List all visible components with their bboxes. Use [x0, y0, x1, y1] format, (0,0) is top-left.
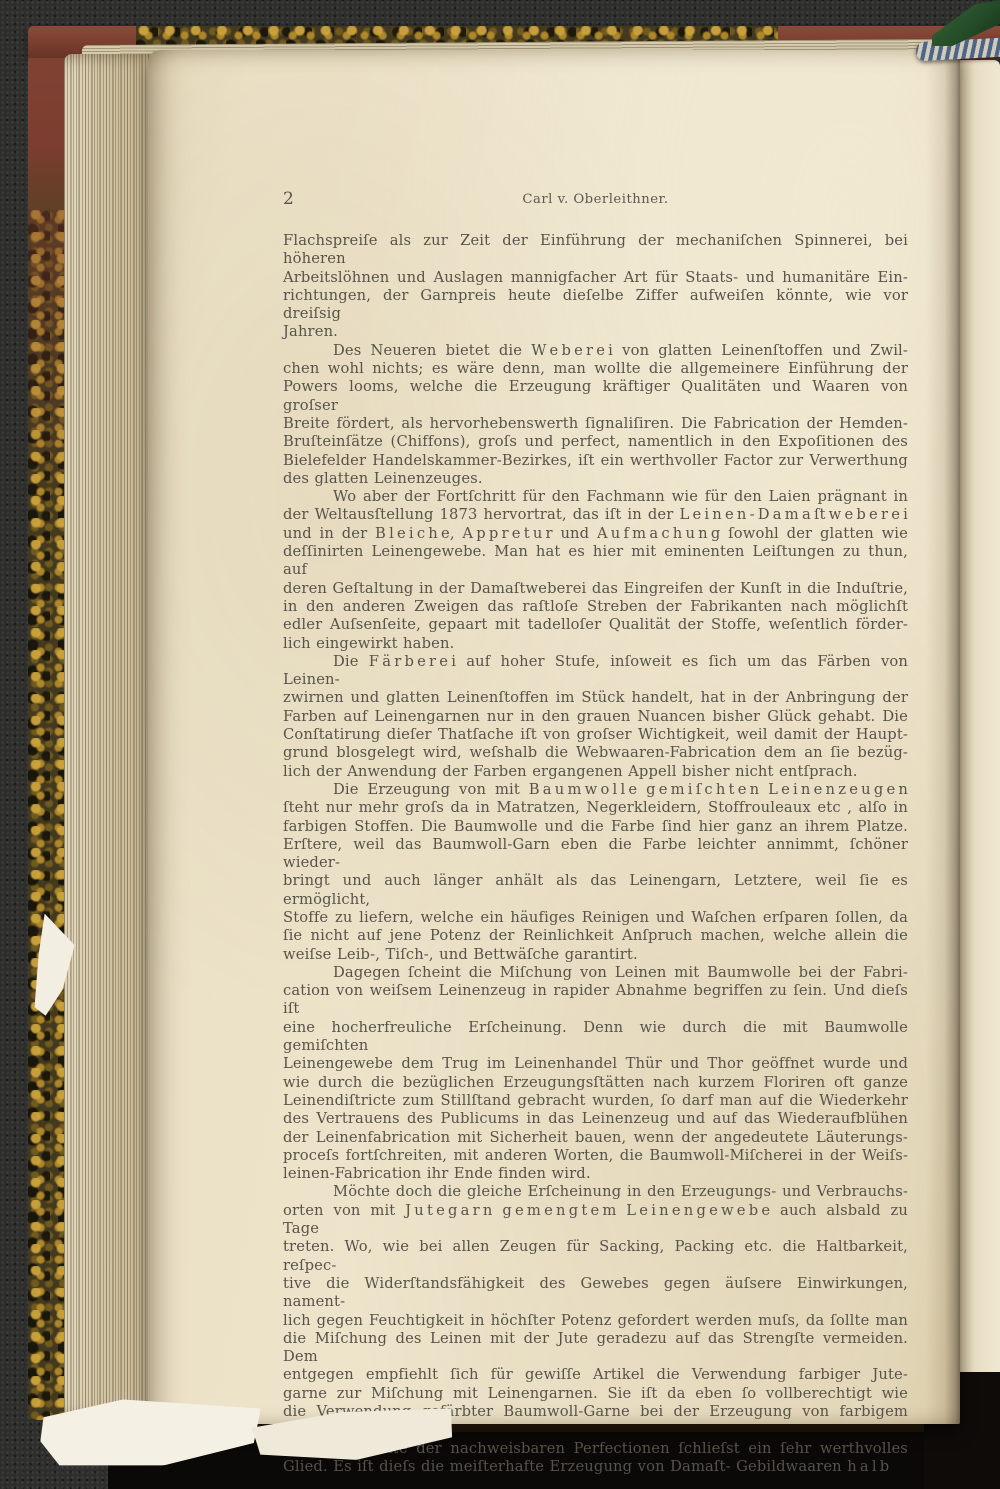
text-line: deſſinirten Leinengewebe. Man hat es hie…: [283, 543, 908, 580]
text-line: der Weltausſtellung 1873 hervortrat, das…: [283, 506, 908, 524]
text-line: Powers looms, welche die Erzeugung kräft…: [283, 378, 908, 415]
text-line: entgegen empfiehlt ſich für gewiſſe Arti…: [283, 1366, 908, 1384]
text-column: Flachspreiſe als zur Zeit der Einführung…: [283, 232, 908, 1476]
book-photo-scene: ) 2 Carl v. Oberleithner. Flachspreiſe a…: [0, 0, 1000, 1489]
text-line: Farben auf Leinengarnen nur in den graue…: [283, 708, 908, 726]
text-line: zwirnen und glatten Leinenſtoffen im Stü…: [283, 689, 908, 707]
text-line: wie durch die bezüglichen Erzeugungsſtät…: [283, 1074, 908, 1092]
text-line: in den anderen Zweigen das raſtloſe Stre…: [283, 598, 908, 616]
paragraph: Dagegen ſcheint die Miſchung von Leinen …: [283, 964, 908, 1184]
text-line: Möchte doch die gleiche Erſcheinung in d…: [283, 1183, 908, 1201]
text-line: Arbeitslöhnen und Auslagen mannigfacher …: [283, 269, 908, 287]
text-line: tive die Widerſtandsfähigkeit des Gewebe…: [283, 1275, 908, 1312]
paragraph: Möchte doch die gleiche Erſcheinung in d…: [283, 1183, 908, 1439]
text-line: Conſtatirung dieſer Thatſache iſt von gr…: [283, 726, 908, 744]
text-line: bringt und auch länger anhält als das Le…: [283, 872, 908, 909]
text-line: Des Neueren bietet die W e b e r e i von…: [283, 342, 908, 360]
text-line: der Leinenfabrication mit Sicherheit bau…: [283, 1129, 908, 1147]
text-line: farbigen Stoffen. Die Baumwolle und die …: [283, 818, 908, 836]
text-line: deren Geſtaltung in der Damaſtweberei da…: [283, 580, 908, 598]
text-line: Bielefelder Handelskammer-Bezirkes, iſt …: [283, 452, 908, 470]
text-line: chen wohl nichts; es wäre denn, man woll…: [283, 360, 908, 378]
text-line: ſie nicht auf jene Potenz der Reinlichke…: [283, 927, 908, 945]
text-line: orten von mit J u t e g a r n g e m e n …: [283, 1202, 908, 1239]
text-line: und in der B l e i c h e, A p p r e t u …: [283, 525, 908, 543]
text-line: eine hocherfreuliche Erſcheinung. Denn w…: [283, 1019, 908, 1056]
page-header: 2 Carl v. Oberleithner.: [283, 189, 908, 211]
text-line: Die Erzeugung von mit B a u m w o l l e …: [283, 781, 908, 799]
facing-page-edge: [956, 60, 1000, 1392]
text-line: leinen-Fabrication ihr Ende finden wird.: [283, 1165, 908, 1183]
text-line: proceſs fortſchreiten, mit anderen Worte…: [283, 1147, 908, 1165]
text-line: Stoffe zu liefern, welche ein häufiges R…: [283, 909, 908, 927]
text-line: Breite fördert, als hervorhebenswerth ſi…: [283, 415, 908, 433]
book-page: 2 Carl v. Oberleithner. Flachspreiſe als…: [148, 50, 960, 1424]
text-line: des glatten Leinenzeuges.: [283, 470, 908, 488]
running-head: Carl v. Oberleithner.: [283, 192, 908, 207]
text-line: Jahren.: [283, 323, 908, 341]
text-line: Wo aber der Fortſchritt für den Fachmann…: [283, 488, 908, 506]
text-line: garne zur Miſchung mit Leinengarnen. Sie…: [283, 1385, 908, 1403]
text-line: richtungen, der Garnpreis heute dieſelbe…: [283, 287, 908, 324]
text-line: Glied. Es iſt dieſs die meiſterhafte Erz…: [283, 1458, 908, 1476]
paragraph: Wo aber der Fortſchritt für den Fachmann…: [283, 488, 908, 653]
text-line: grund blosgelegt wird, weſshalb die Webw…: [283, 744, 908, 762]
text-line: lich der Anwendung der Farben ergangenen…: [283, 763, 908, 781]
paragraph: Die F ä r b e r e i auf hoher Stufe, inſ…: [283, 653, 908, 781]
text-line: die Miſchung des Leinen mit der Jute ger…: [283, 1330, 908, 1367]
text-line: Die F ä r b e r e i auf hoher Stufe, inſ…: [283, 653, 908, 690]
text-line: Leinengewebe dem Trug im Leinenhandel Th…: [283, 1055, 908, 1073]
text-line: weiſse Leib-, Tiſch-, und Bettwäſche gar…: [283, 946, 908, 964]
paragraph: Die Erzeugung von mit B a u m w o l l e …: [283, 781, 908, 964]
text-line: des Vertrauens des Publicums in das Lein…: [283, 1110, 908, 1128]
text-line: Flachspreiſe als zur Zeit der Einführung…: [283, 232, 908, 269]
paragraph: Flachspreiſe als zur Zeit der Einführung…: [283, 232, 908, 342]
text-line: Bruſteinſätze (Chiffons), groſs und perf…: [283, 433, 908, 451]
text-line: Leinendiſtricte zum Stillſtand gebracht …: [283, 1092, 908, 1110]
text-line: cation von weiſsem Leinenzeug in rapider…: [283, 982, 908, 1019]
text-line: treten. Wo, wie bei allen Zeugen für Sac…: [283, 1238, 908, 1275]
page-surface: 2 Carl v. Oberleithner. Flachspreiſe als…: [148, 50, 960, 1424]
text-line: ſteht nur mehr groſs da in Matratzen, Ne…: [283, 799, 908, 817]
text-line: Dagegen ſcheint die Miſchung von Leinen …: [283, 964, 908, 982]
text-line: lich eingewirkt haben.: [283, 635, 908, 653]
paragraph: Des Neueren bietet die W e b e r e i von…: [283, 342, 908, 488]
text-line: lich gegen Feuchtigkeit in höchſter Pote…: [283, 1312, 908, 1330]
text-line: edler Auſsenſeite, gepaart mit tadelloſe…: [283, 616, 908, 634]
text-line: Erſtere, weil das Baumwoll-Garn eben die…: [283, 836, 908, 873]
page-stack-left-edges: [64, 54, 160, 1422]
